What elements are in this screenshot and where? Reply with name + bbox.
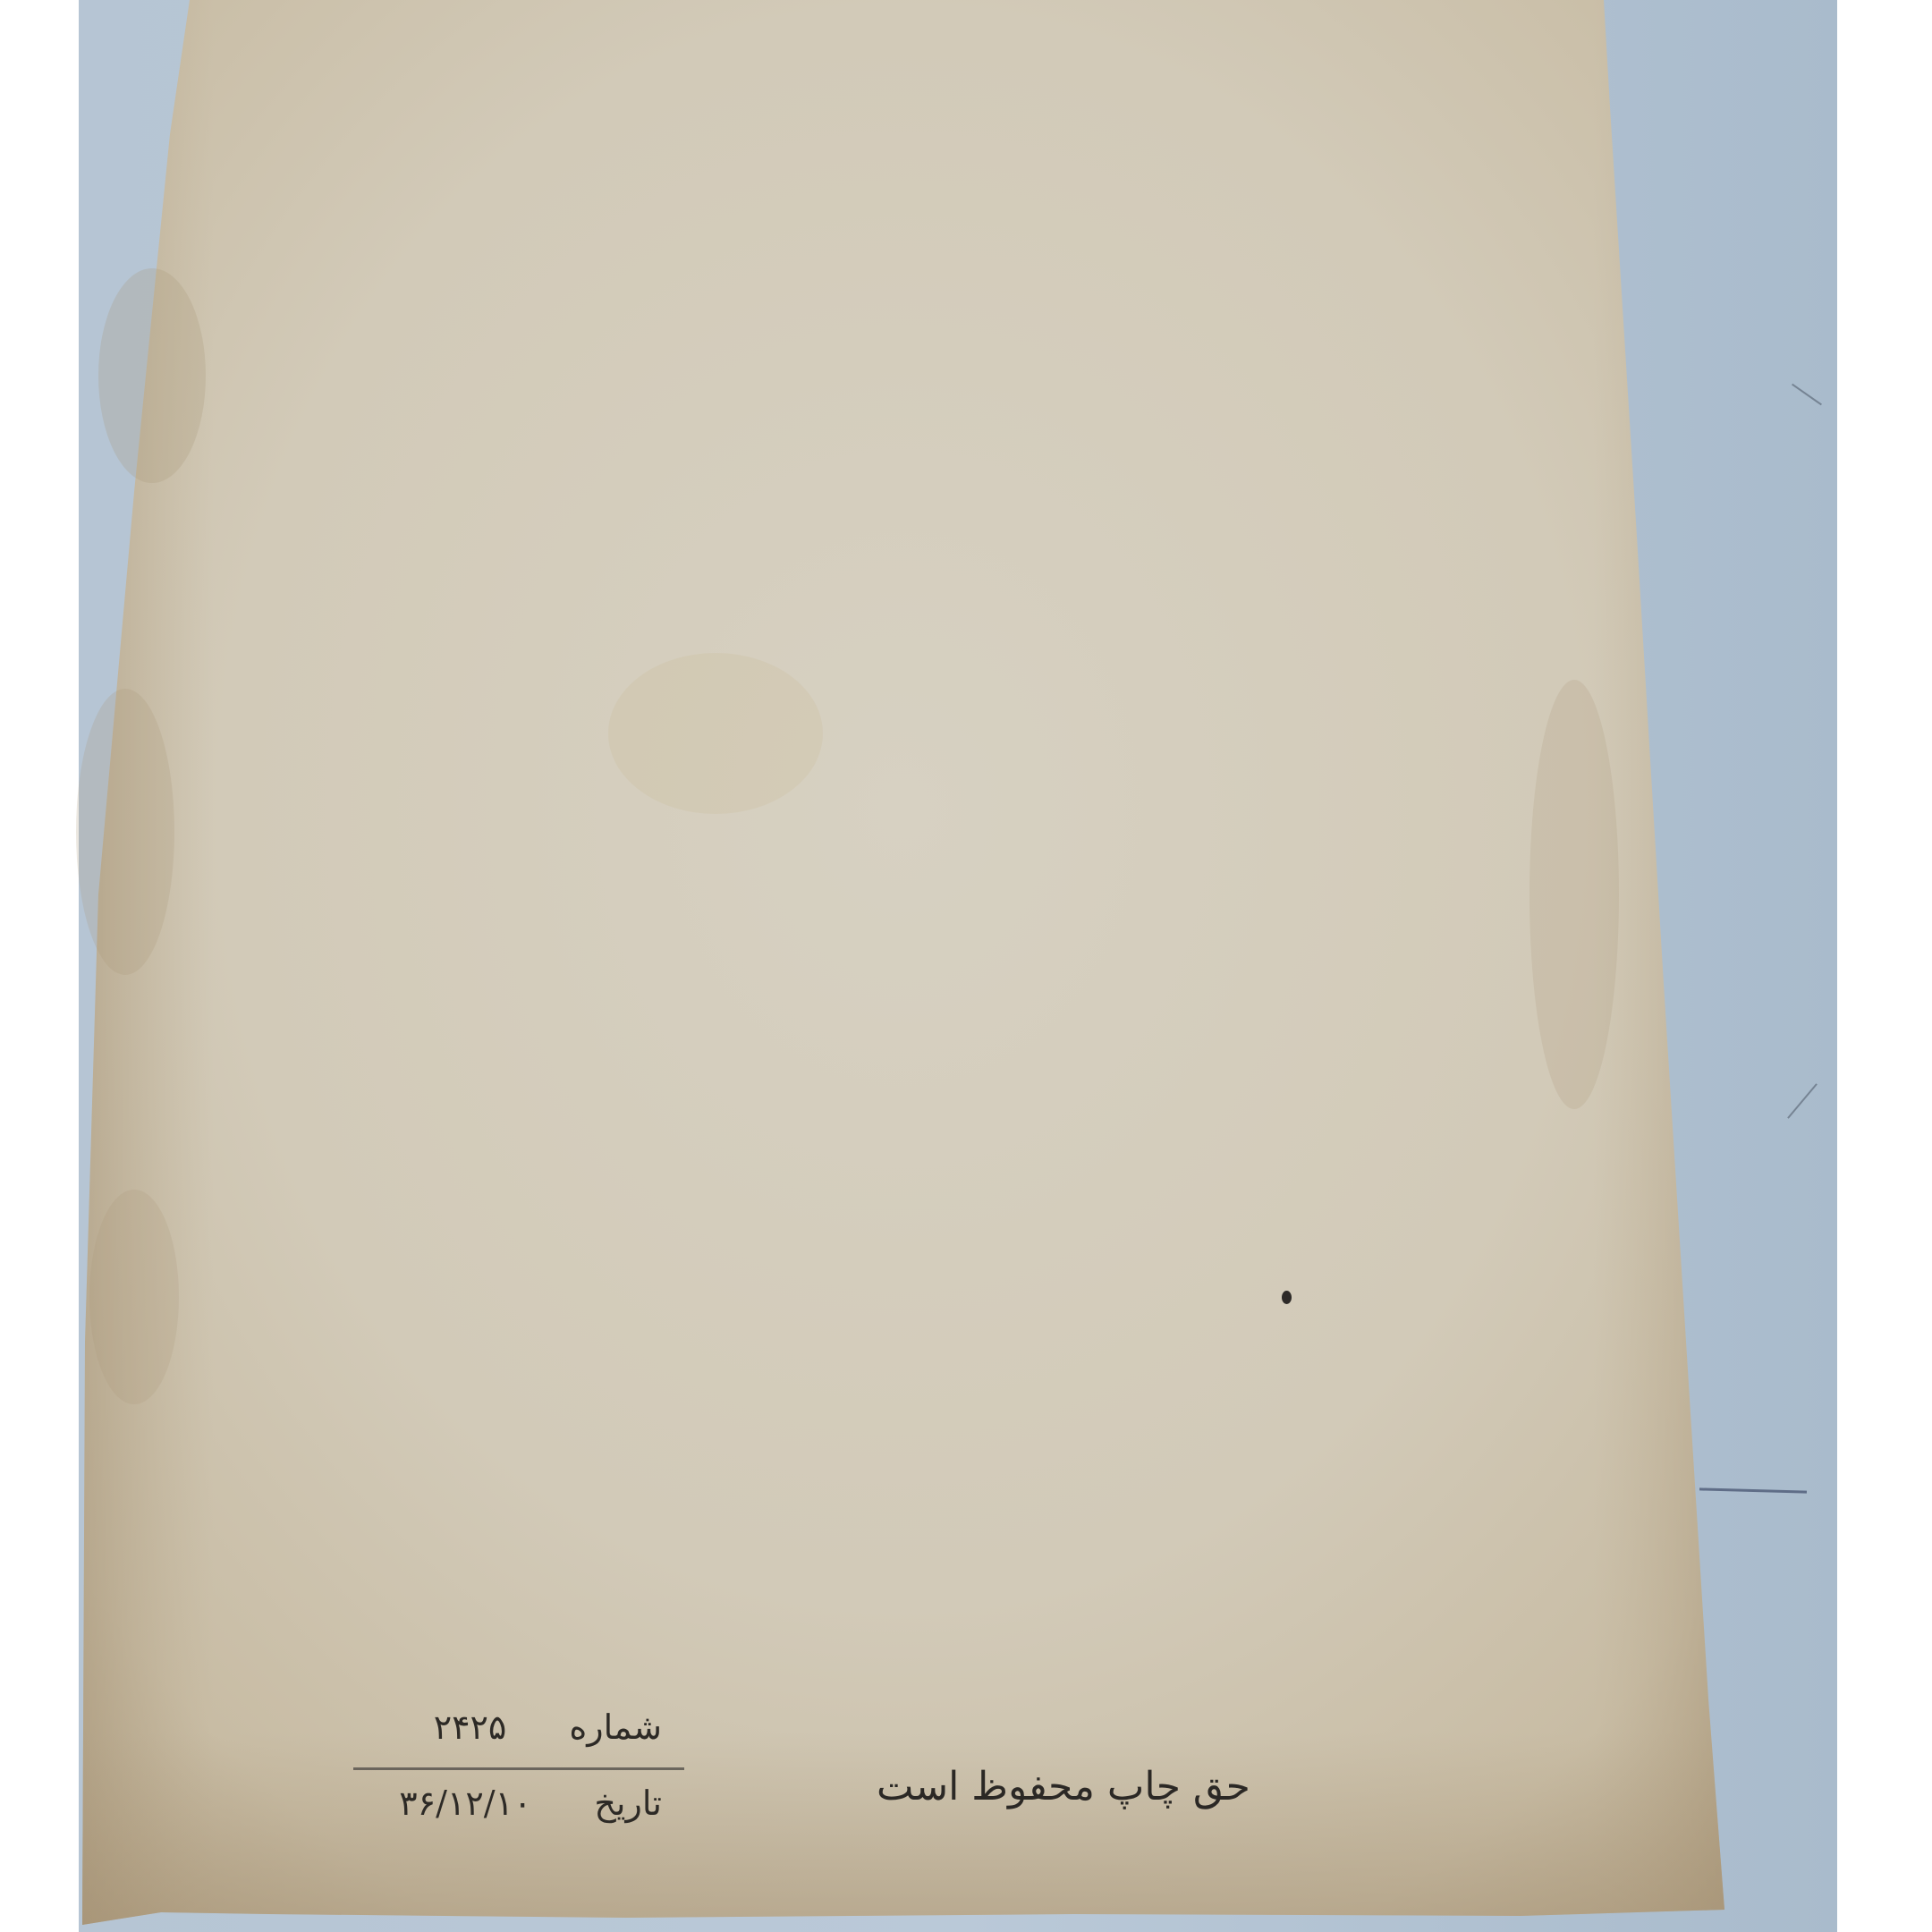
- reference-divider: [353, 1767, 684, 1770]
- number-value: ۲۴۲۵: [434, 1710, 507, 1744]
- number-row: شماره ۲۴۲۵: [353, 1710, 684, 1744]
- document-reference-block: شماره ۲۴۲۵ تاریخ ۳۶/۱۲/۱۰: [353, 1710, 684, 1820]
- date-row: تاریخ ۳۶/۱۲/۱۰: [353, 1786, 684, 1820]
- date-value: ۳۶/۱۲/۱۰: [399, 1786, 531, 1820]
- number-label: شماره: [569, 1710, 662, 1744]
- copyright-notice: حق چاپ محفوظ است: [877, 1764, 1250, 1809]
- paper-shape: [0, 0, 1932, 1932]
- paper-sheet: [0, 0, 1932, 1932]
- date-label: تاریخ: [594, 1786, 662, 1820]
- ink-dot: [1282, 1291, 1292, 1304]
